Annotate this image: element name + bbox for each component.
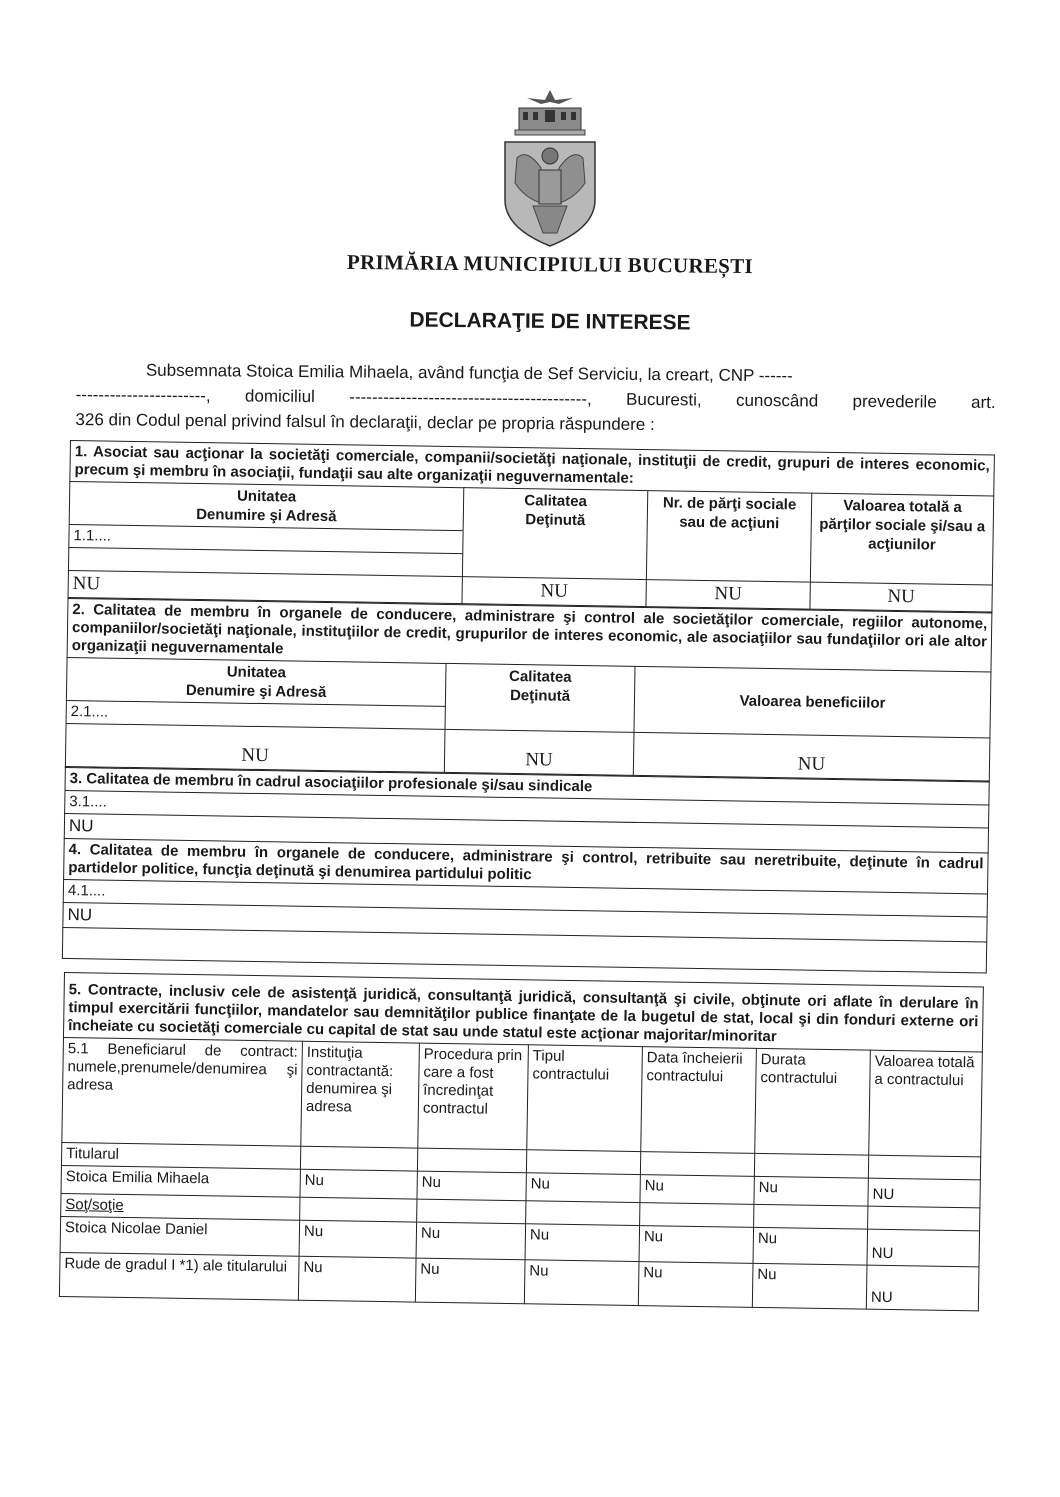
s5-cell: Nu <box>415 1258 525 1304</box>
s5-person-name: Stoica Emilia Mihaela <box>61 1165 300 1197</box>
s5-person-name: Stoica Nicolae Daniel <box>60 1216 300 1256</box>
s2-col-unit: Unitatea Denumire şi Adresă <box>186 663 327 701</box>
s5-cell: NU <box>866 1265 979 1311</box>
s5-group-label: Rude de gradul I *1) ale titularului <box>59 1252 299 1300</box>
s5-cell: Nu <box>638 1262 753 1308</box>
s5-col-duration: Durata contractului <box>755 1048 871 1155</box>
s5-cell: Nu <box>417 1171 526 1201</box>
s5-cell: Nu <box>524 1260 639 1306</box>
s5-col-institution: Instituţia contractantă: denumirea şi ad… <box>301 1041 420 1148</box>
s5-cell: NU <box>867 1229 980 1267</box>
sections-1-4-table: 1. Asociat sau acţionar la societăţi com… <box>62 440 995 973</box>
s5-cell: NU <box>868 1178 980 1208</box>
s5-cell: Nu <box>299 1220 417 1258</box>
s5-cell: Nu <box>753 1227 868 1265</box>
s5-cell: Nu <box>298 1256 416 1302</box>
s5-col-date: Data încheierii contractului <box>641 1047 757 1154</box>
institution-name: PRIMĂRIA MUNICIPIULUI BUCUREȘTI <box>320 250 780 280</box>
s2-col-benefits: Valoarea beneficiilor <box>739 693 885 712</box>
s1-total-value: NU <box>810 582 992 612</box>
s5-cell: Nu <box>525 1224 640 1262</box>
document-title: DECLARAŢIE DE INTERESE <box>360 308 740 336</box>
s5-col-value: Valoarea totală a contractului <box>869 1050 983 1157</box>
s5-col-procedure: Procedura prin care a fost încredinţat c… <box>418 1043 529 1150</box>
s5-cell: Nu <box>640 1175 754 1205</box>
s5-cell: Nu <box>300 1169 417 1199</box>
s1-col-unit: Unitatea Denumire şi Adresă <box>196 488 337 526</box>
s1-col-capacity: Calitatea Deţinută <box>524 492 587 529</box>
s5-cell: Nu <box>754 1176 868 1206</box>
s5-cell: Nu <box>752 1263 867 1309</box>
s2-capacity-value: NU <box>444 729 634 775</box>
s5-cell: Nu <box>526 1173 640 1203</box>
declarant-statement: Subsemnata Stoica Emilia Mihaela, având … <box>75 357 996 440</box>
s5-col-beneficiary: 5.1 Beneficiarul de contract: numele,pre… <box>62 1037 303 1146</box>
s1-col-shares: Nr. de părţi sociale sau de acţiuni <box>663 494 797 532</box>
coat-of-arms-icon <box>497 88 603 248</box>
declaration-page: PRIMĂRIA MUNICIPIULUI BUCUREȘTI DECLARAŢ… <box>0 0 1060 1497</box>
s5-cell: Nu <box>639 1226 754 1264</box>
s5-col-type: Tipul contractului <box>527 1045 643 1152</box>
s5-cell: Nu <box>416 1222 526 1260</box>
s2-benefits-value: NU <box>633 732 990 781</box>
s1-capacity-value: NU <box>462 577 646 607</box>
s1-col-value: Valoarea totală a părţilor sociale şi/sa… <box>819 497 985 553</box>
s2-col-capacity: Calitatea Deţinută <box>509 668 572 705</box>
s1-shares-value: NU <box>646 580 810 610</box>
s2-unit-value: NU <box>65 723 445 772</box>
section-5-table: 5. Contracte, inclusiv cele de asistenţă… <box>59 972 984 1311</box>
